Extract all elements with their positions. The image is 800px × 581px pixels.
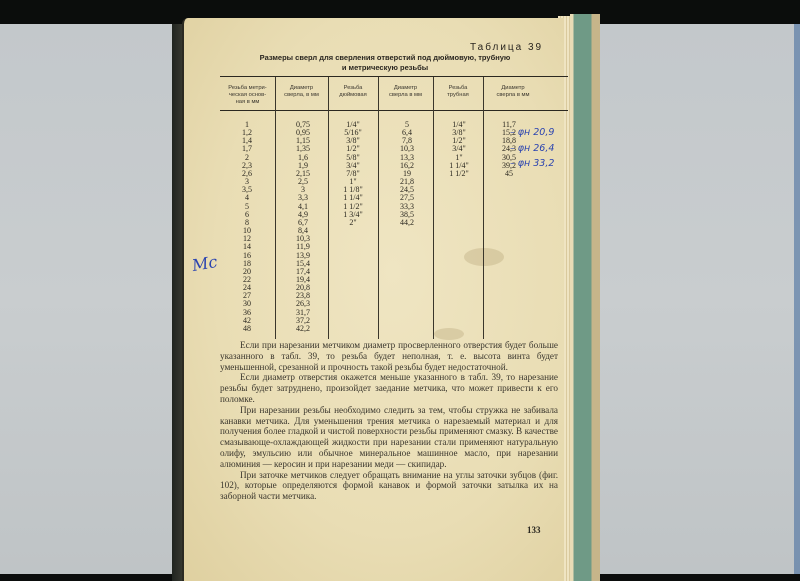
table-cell: 48 — [234, 325, 260, 333]
paragraph: Если диаметр отверстия окажется меньше у… — [220, 372, 558, 404]
header-line: Диаметр — [483, 85, 543, 92]
paragraph: При нарезании резьбы необходимо следить … — [220, 405, 558, 470]
drill-size-table: Резьба метри-ческая основ-ная в мм Диаме… — [220, 76, 568, 339]
column-metric-drill: 0,750,951,151,351,61,92,152,533,34,14,96… — [288, 121, 318, 333]
header-line: сверла в мм — [378, 92, 433, 99]
header-line: Резьба метри- — [220, 85, 275, 92]
page-number: 133 — [527, 525, 541, 535]
body-text: Если при нарезании метчиком диаметр прос… — [220, 340, 558, 502]
column-divider — [378, 77, 379, 339]
header-line: сверла в мм — [483, 92, 543, 99]
table-title: Размеры сверл для сверления отверстий по… — [215, 53, 555, 73]
column-divider — [328, 77, 329, 339]
header-rule — [220, 110, 568, 111]
table-cell: 45 — [495, 170, 523, 178]
handwritten-note: – φн 26,4 — [510, 143, 554, 154]
column-divider — [275, 77, 276, 339]
header-line: дюймовая — [328, 92, 378, 99]
header-line: Диаметр — [275, 85, 328, 92]
column-inch-thread: 1/4"5/16"3/8"1/2"5/8"3/4"7/8"1"1 1/8"1 1… — [336, 121, 370, 227]
column-divider — [483, 77, 484, 339]
header-line: Резьба — [433, 85, 483, 92]
header-metric-thread: Резьба метри-ческая основ-ная в мм — [220, 85, 275, 106]
header-line: сверла, в мм — [275, 92, 328, 99]
header-pipe-thread: Резьбатрубная — [433, 85, 483, 99]
table-cell: 2" — [336, 219, 370, 227]
header-pipe-drill: Диаметрсверла в мм — [483, 85, 543, 99]
column-inch-drill: 56,47,810,313,316,21921,824,527,533,338,… — [392, 121, 422, 227]
handwritten-note: – φн 33,2 — [510, 158, 554, 169]
header-line: ческая основ- — [220, 92, 275, 99]
handwritten-note: – φн 20,9 — [510, 127, 554, 138]
scan-edge — [794, 24, 800, 574]
header-inch-drill: Диаметрсверла в мм — [378, 85, 433, 99]
header-line: Диаметр — [378, 85, 433, 92]
table-title-line-2: и метрическую резьбы — [215, 63, 555, 73]
paragraph: Если при нарезании метчиком диаметр прос… — [220, 340, 558, 372]
header-metric-drill: Диаметрсверла, в мм — [275, 85, 328, 99]
paragraph: При заточке метчиков следует обращать вн… — [220, 470, 558, 502]
column-divider — [433, 77, 434, 339]
table-cell: 42,2 — [288, 325, 318, 333]
header-line: Резьба — [328, 85, 378, 92]
column-pipe-thread: 1/4"3/8"1/2"3/4"1"1 1/4"1 1/2" — [442, 121, 476, 178]
table-cell: 1 1/2" — [442, 170, 476, 178]
table-number: Таблица 39 — [470, 42, 543, 53]
header-inch-thread: Резьбадюймовая — [328, 85, 378, 99]
header-line: трубная — [433, 92, 483, 99]
table-title-line-1: Размеры сверл для сверления отверстий по… — [215, 53, 555, 63]
column-metric-thread: 11,21,41,722,32,633,54568101214161820222… — [234, 121, 260, 333]
header-line: ная в мм — [220, 99, 275, 106]
book-cover-spine — [570, 14, 600, 581]
table-cell: 44,2 — [392, 219, 422, 227]
